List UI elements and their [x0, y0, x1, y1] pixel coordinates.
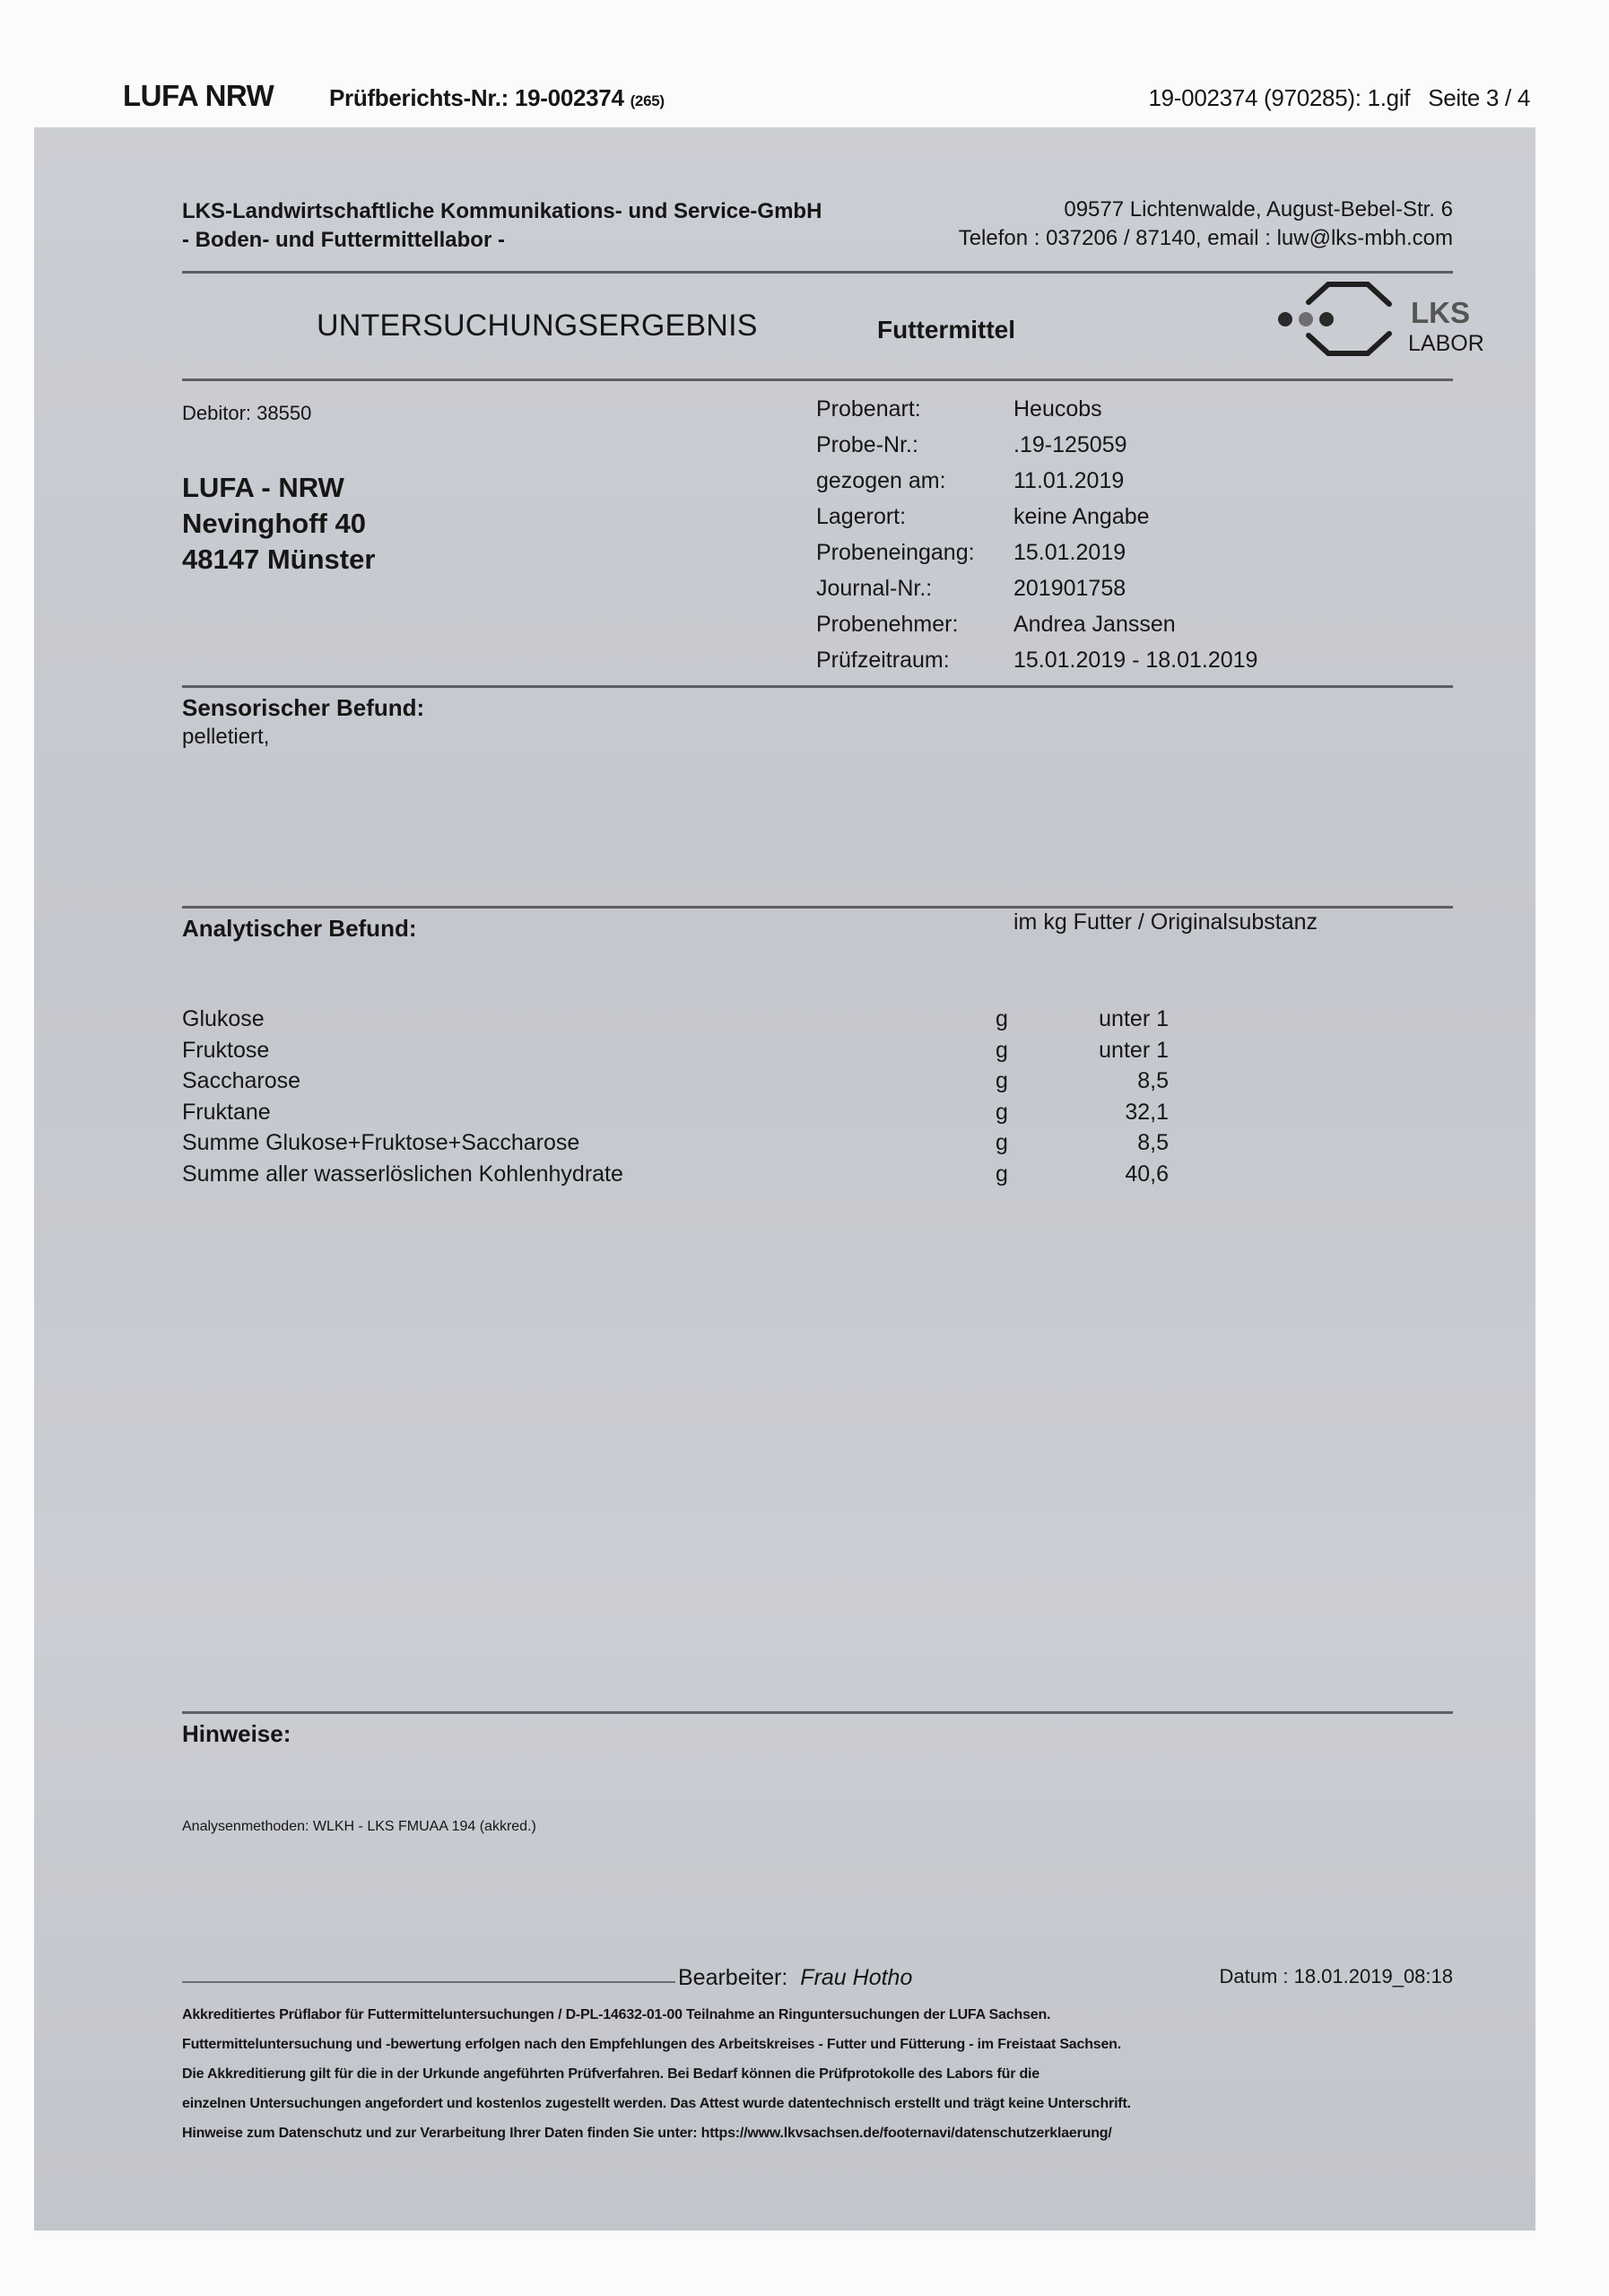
logo-labor-text: LABOR — [1408, 331, 1484, 357]
analyte-name: Fruktane — [182, 1100, 271, 1126]
sample-field-label: Probeneingang: — [816, 540, 975, 566]
lab-contact: Telefon : 037206 / 87140, email : luw@lk… — [959, 226, 1453, 251]
footer-line: einzelnen Untersuchungen angefordert und… — [182, 2096, 1131, 2112]
analyte-unit: g — [996, 1068, 1008, 1094]
lks-hexagon-icon — [1240, 271, 1411, 370]
scanned-report-sheet: LKS-Landwirtschaftliche Kommunikations- … — [34, 127, 1535, 2231]
sample-field-value: .19-125059 — [1013, 432, 1127, 458]
sample-field-label: gezogen am: — [816, 468, 946, 494]
analyte-value: 32,1 — [1043, 1100, 1169, 1126]
report-suffix: (265) — [631, 92, 665, 109]
footer-line: Hinweise zum Datenschutz und zur Verarbe… — [182, 2126, 1112, 2142]
page-number: Seite 3 / 4 — [1428, 84, 1530, 111]
analyte-unit: g — [996, 1100, 1008, 1126]
analysis-heading: Analytischer Befund: — [182, 915, 417, 943]
analyte-unit: g — [996, 1006, 1008, 1032]
analyte-value: 8,5 — [1043, 1130, 1169, 1156]
sample-field-value: 15.01.2019 - 18.01.2019 — [1013, 648, 1257, 674]
notes-heading: Hinweise: — [182, 1720, 291, 1748]
signature-line — [182, 1981, 675, 1983]
footer-line: Die Akkreditierung gilt für die in der U… — [182, 2066, 1039, 2083]
file-name: 19-002374 (970285): 1.gif — [1148, 84, 1410, 111]
processor-name: Frau Hotho — [800, 1965, 912, 1990]
brand-title: LUFA NRW — [123, 79, 274, 113]
analyte-name: Glukose — [182, 1006, 265, 1032]
sample-field-value: 15.01.2019 — [1013, 540, 1126, 566]
logo-lks-text: LKS — [1411, 296, 1470, 330]
analyte-unit: g — [996, 1130, 1008, 1156]
document-subtitle: Futtermittel — [877, 316, 1015, 344]
analysis-methods: Analysenmethoden: WLKH - LKS FMUAA 194 (… — [182, 1819, 536, 1835]
customer-city: 48147 Münster — [182, 544, 375, 576]
table-row: Glukosegunter 1 — [182, 1006, 1169, 1037]
sensory-heading: Sensorischer Befund: — [182, 694, 424, 722]
processor: Bearbeiter:Frau Hotho — [678, 1965, 912, 1991]
page-header: LUFA NRW Prüfberichts-Nr.: 19-002374 (26… — [123, 79, 1530, 124]
lab-division: - Boden- und Futtermittellabor - — [182, 228, 505, 253]
analyte-value: unter 1 — [1043, 1006, 1169, 1032]
file-reference: 19-002374 (970285): 1.gifSeite 3 / 4 — [1148, 84, 1530, 112]
table-row: Fruktaneg32,1 — [182, 1100, 1169, 1130]
report-date: Datum : 18.01.2019_08:18 — [1219, 1965, 1453, 1988]
customer-street: Nevinghoff 40 — [182, 508, 366, 540]
report-number: 19-002374 — [515, 84, 624, 111]
analyte-name: Fruktose — [182, 1038, 269, 1064]
divider — [182, 1711, 1453, 1714]
table-row: Saccharoseg8,5 — [182, 1068, 1169, 1099]
divider — [182, 378, 1453, 381]
sample-field-label: Lagerort: — [816, 504, 906, 530]
analyte-unit: g — [996, 1161, 1008, 1187]
table-row: Summe Glukose+Fruktose+Saccharoseg8,5 — [182, 1130, 1169, 1161]
sample-field-label: Probenart: — [816, 396, 921, 422]
footer-line: Futtermitteluntersuchung und -bewertung … — [182, 2037, 1121, 2053]
analyte-value: unter 1 — [1043, 1038, 1169, 1064]
lks-labor-logo: LKS LABOR — [1240, 271, 1456, 370]
processor-label: Bearbeiter: — [678, 1965, 787, 1990]
table-row: Summe aller wasserlöslichen Kohlenhydrat… — [182, 1161, 1169, 1192]
sample-field-value: keine Angabe — [1013, 504, 1150, 530]
sample-field-label: Prüfzeitraum: — [816, 648, 950, 674]
sample-field-value: Heucobs — [1013, 396, 1102, 422]
table-row: Fruktosegunter 1 — [182, 1038, 1169, 1068]
sample-field-value: Andrea Janssen — [1013, 612, 1176, 638]
analyte-value: 40,6 — [1043, 1161, 1169, 1187]
analyte-name: Summe aller wasserlöslichen Kohlenhydrat… — [182, 1161, 623, 1187]
divider — [182, 906, 1453, 909]
analyte-unit: g — [996, 1038, 1008, 1064]
sample-field-label: Probenehmer: — [816, 612, 958, 638]
customer-name: LUFA - NRW — [182, 472, 344, 504]
sample-field-value: 201901758 — [1013, 576, 1126, 602]
sample-field-value: 11.01.2019 — [1013, 468, 1124, 494]
report-label: Prüfberichts-Nr.: — [329, 84, 509, 111]
lab-name: LKS-Landwirtschaftliche Kommunikations- … — [182, 199, 822, 224]
lab-address: 09577 Lichtenwalde, August-Bebel-Str. 6 — [1064, 197, 1453, 222]
sample-field-label: Probe-Nr.: — [816, 432, 918, 458]
divider — [182, 685, 1453, 688]
footer-line: Akkreditiertes Prüflabor für Futtermitte… — [182, 2007, 1050, 2023]
debitor-number: Debitor: 38550 — [182, 402, 311, 425]
analyte-name: Saccharose — [182, 1068, 300, 1094]
sensory-text: pelletiert, — [182, 725, 269, 750]
analysis-basis: im kg Futter / Originalsubstanz — [1013, 909, 1318, 935]
analyte-name: Summe Glukose+Fruktose+Saccharose — [182, 1130, 579, 1156]
analyte-value: 8,5 — [1043, 1068, 1169, 1094]
document-title: UNTERSUCHUNGSERGEBNIS — [317, 309, 758, 344]
report-reference: Prüfberichts-Nr.: 19-002374 (265) — [329, 84, 665, 112]
sample-field-label: Journal-Nr.: — [816, 576, 932, 602]
